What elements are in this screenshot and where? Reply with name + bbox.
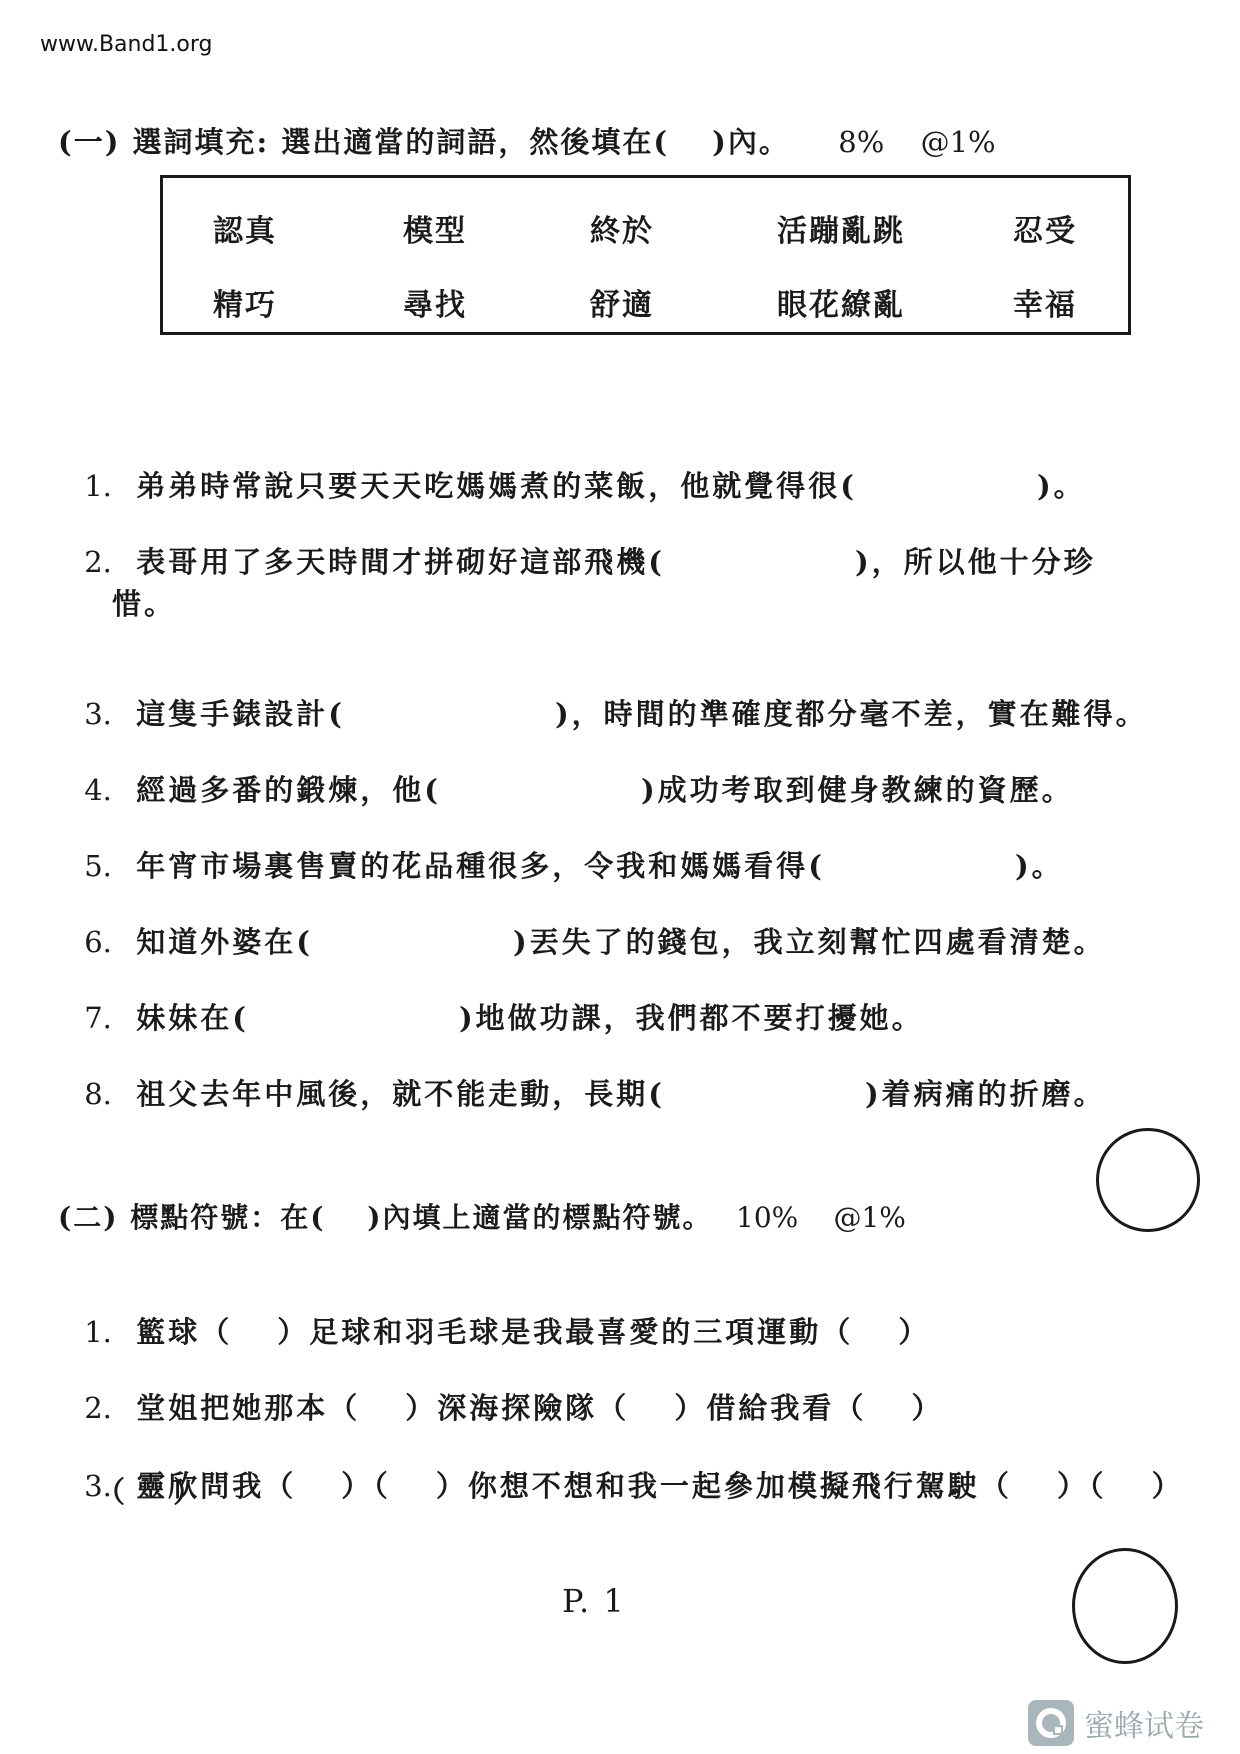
fill-question-7: 7.妹妹在()地做功課，我們都不要打擾她。: [58, 962, 924, 1037]
punct-question-3-continuation[interactable]: （ ）: [96, 1470, 205, 1511]
question-text: )着病痛的折磨。: [865, 1077, 1106, 1111]
section1-per-item: @1%: [921, 125, 996, 159]
question-number: 8.: [84, 1077, 136, 1111]
section2-heading: (二) 標點符號：在( )內填上適當的標點符號。: [58, 1201, 713, 1234]
question-text: 知道外婆在(: [136, 925, 313, 959]
fill-question-3: 3.這隻手錶設計()，時間的準確度都分毫不差，實在難得。: [58, 658, 1148, 733]
word-bank-item: 模型: [403, 206, 467, 250]
section2-score-circle[interactable]: [1072, 1548, 1178, 1664]
section1-title: (一) 選詞填充: 選出適當的詞語，然後填在( )內。 8% @1%: [58, 120, 996, 161]
fill-question-5: 5.年宵市場裏售賣的花品種很多，令我和媽媽看得()。: [58, 810, 1064, 885]
question-text: )，時間的準確度都分毫不差，實在難得。: [555, 697, 1148, 731]
question-text: 表哥用了多天時間才拼砌好這部飛機(: [136, 545, 665, 579]
word-bank-item: 活蹦亂跳: [777, 206, 905, 250]
punct-question-1: 1.籃球（ ）足球和羽毛球是我最喜愛的三項運動（ ）: [58, 1276, 930, 1351]
site-url: www.Band1.org: [40, 32, 213, 57]
question-text: 經過多番的鍛煉，他(: [136, 773, 441, 807]
fill-question-2: 2.表哥用了多天時間才拼砌好這部飛機()，所以他十分珍: [58, 506, 1096, 581]
question-number: 1.: [84, 469, 136, 503]
fill-question-2-continuation: 惜。: [112, 582, 176, 623]
question-text: 年宵市場裏售賣的花品種很多，令我和媽媽看得(: [136, 849, 825, 883]
section2-title: (二) 標點符號：在( )內填上適當的標點符號。 10% @1%: [58, 1196, 906, 1236]
question-text: )。: [1037, 469, 1086, 503]
punct-question-3: 3.靈欣問我（ ）（ ）你想不想和我一起參加模擬飛行駕駛（ ）（ ）: [58, 1430, 1184, 1505]
question-number: 2.: [84, 1391, 136, 1425]
section1-heading: (一) 選詞填充: 選出適當的詞語，然後填在( )內。: [58, 125, 790, 159]
question-text[interactable]: 籃球（ ）足球和羽毛球是我最喜愛的三項運動（ ）: [136, 1315, 930, 1349]
word-bank-item: 幸福: [1013, 280, 1077, 324]
question-text: 這隻手錶設計(: [136, 697, 345, 731]
question-number: 6.: [84, 925, 136, 959]
section2-per-item: @1%: [833, 1201, 905, 1234]
question-number: 2.: [84, 545, 136, 579]
fill-question-4: 4.經過多番的鍛煉，他()成功考取到健身教練的資歷。: [58, 734, 1074, 809]
word-bank-item: 認真: [213, 206, 277, 250]
question-number: 5.: [84, 849, 136, 883]
fill-question-6: 6.知道外婆在()丟失了的錢包，我立刻幫忙四處看清楚。: [58, 886, 1106, 961]
fill-question-1: 1.弟弟時常說只要天天吃媽媽煮的菜飯，他就覺得很()。: [58, 430, 1086, 505]
fill-question-8: 8.祖父去年中風後，就不能走動，長期()着病痛的折磨。: [58, 1038, 1106, 1113]
word-bank-item: 終於: [590, 206, 654, 250]
question-number: 7.: [84, 1001, 136, 1035]
section1-score: 8%: [838, 125, 884, 159]
section1-score-circle[interactable]: [1096, 1128, 1200, 1232]
question-number: 3.: [84, 697, 136, 731]
question-text: )丟失了的錢包，我立刻幫忙四處看清楚。: [513, 925, 1106, 959]
word-bank-item: 精巧: [213, 280, 277, 324]
question-text: 弟弟時常說只要天天吃媽媽煮的菜飯，他就覺得很(: [136, 469, 857, 503]
question-text[interactable]: 靈欣問我（ ）（ ）你想不想和我一起參加模擬飛行駕駛（ ）（ ）: [136, 1469, 1183, 1503]
word-bank-item: 眼花繚亂: [777, 280, 905, 324]
question-number: 1.: [84, 1315, 136, 1349]
word-bank-item: 忍受: [1013, 206, 1077, 250]
punct-question-2: 2.堂姐把她那本（ ）深海探險隊（ ）借給我看（ ）: [58, 1352, 944, 1427]
watermark-logo-icon: [1028, 1700, 1074, 1746]
word-bank-item: 尋找: [403, 280, 467, 324]
question-text: )地做功課，我們都不要打擾她。: [459, 1001, 924, 1035]
page-number: P. 1: [562, 1582, 626, 1620]
question-text: )，所以他十分珍: [855, 545, 1096, 579]
question-text[interactable]: 堂姐把她那本（ ）深海探險隊（ ）借給我看（ ）: [136, 1391, 943, 1425]
watermark-text: 蜜蜂试卷: [1084, 1701, 1204, 1745]
watermark: 蜜蜂试卷: [1028, 1700, 1204, 1746]
question-text: )。: [1015, 849, 1064, 883]
question-text: 妹妹在(: [136, 1001, 249, 1035]
section2-score: 10%: [736, 1201, 798, 1234]
question-text: 祖父去年中風後，就不能走動，長期(: [136, 1077, 665, 1111]
word-bank-box: 認真 模型 終於 活蹦亂跳 忍受 精巧 尋找 舒適 眼花繚亂 幸福: [160, 175, 1131, 335]
question-number: 4.: [84, 773, 136, 807]
word-bank-item: 舒適: [590, 280, 654, 324]
question-text: )成功考取到健身教練的資歷。: [641, 773, 1074, 807]
